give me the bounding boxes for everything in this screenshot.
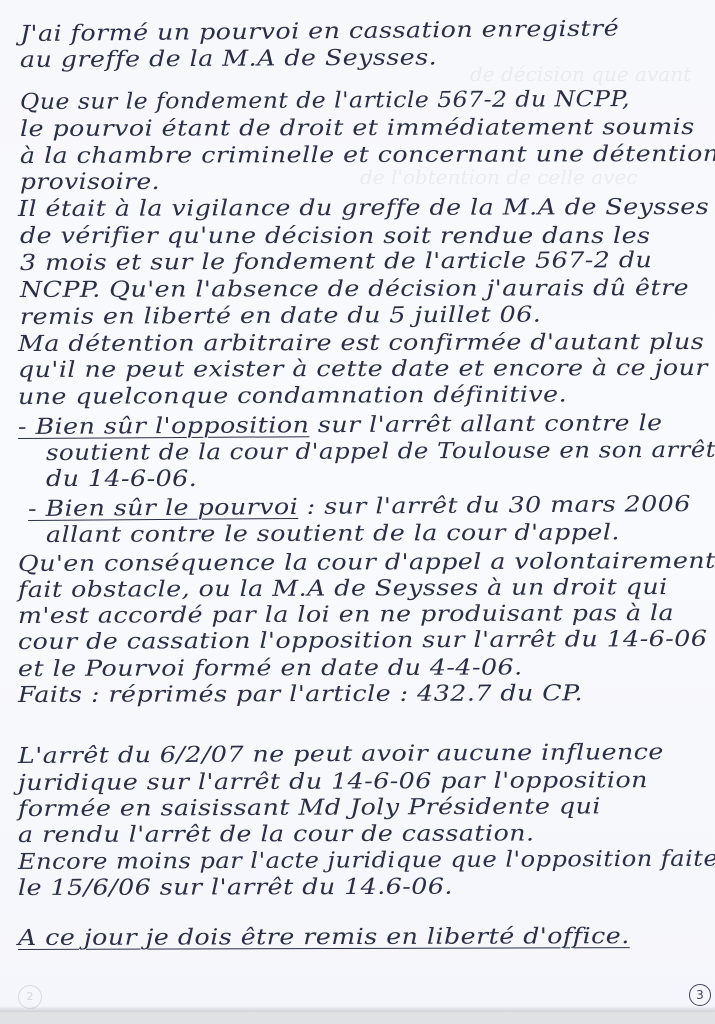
line-text: Que sur le fondement de l'article 567-2 …	[20, 87, 630, 115]
margin-circle-mark: 2	[18, 985, 42, 1009]
line-text: Il était à la vigilance du greffe de la …	[18, 195, 709, 222]
bleed-through-text: de décision que avant	[470, 62, 691, 86]
handwritten-line: - Bien sûr le pourvoi : sur l'arrêt du 3…	[28, 492, 691, 522]
line-text: Ma détention arbitraire est confirmée d'…	[18, 330, 704, 357]
handwritten-line: juridique sur l'arrêt du 14-6-06 par l'o…	[18, 768, 648, 796]
line-text: formée en saisissant Md Joly Présidente …	[18, 794, 601, 822]
line-text: a rendu l'arrêt de la cour de cassation.	[18, 821, 535, 848]
handwritten-line: au greffe de la M.A de Seysses.	[20, 45, 437, 73]
handwritten-line: A ce jour je dois être remis en liberté …	[18, 924, 630, 951]
handwritten-line: provisoire.	[20, 170, 160, 195]
page-number: 3	[689, 984, 711, 1006]
underlined-text: - Bien sûr l'opposition	[18, 413, 310, 440]
line-text-continuation: : sur l'arrêt du 30 mars 2006	[298, 492, 691, 520]
handwritten-line: NCPP. Qu'en l'absence de décision j'aura…	[20, 276, 689, 303]
underlined-text: - Bien sûr le pourvoi	[28, 495, 298, 522]
line-text: allant contre le soutient de la cour d'a…	[46, 520, 620, 548]
handwritten-line: L'arrêt du 6/2/07 ne peut avoir aucune i…	[18, 740, 664, 769]
line-text: juridique sur l'arrêt du 14-6-06 par l'o…	[18, 768, 648, 796]
line-text: fait obstacle, ou la M.A de Seysses à un…	[18, 575, 668, 603]
handwritten-line: Ma détention arbitraire est confirmée d'…	[18, 330, 704, 357]
handwritten-line: a rendu l'arrêt de la cour de cassation.	[18, 821, 535, 848]
line-text: soutient de la cour d'appel de Toulouse …	[46, 438, 715, 466]
line-text: au greffe de la M.A de Seysses.	[20, 45, 437, 73]
handwritten-line: Faits : réprimés par l'article : 432.7 d…	[18, 681, 583, 708]
handwritten-line: - Bien sûr l'opposition sur l'arrêt alla…	[18, 411, 663, 440]
line-text: et le Pourvoi formé en date du 4-4-06.	[18, 655, 523, 682]
handwritten-line: qu'il ne peut exister à cette date et en…	[18, 356, 708, 383]
line-text: à la chambre criminelle et concernant un…	[20, 142, 715, 169]
handwritten-line: Qu'en conséquence la cour d'appel a volo…	[18, 549, 715, 577]
line-text: du 14-6-06.	[46, 467, 197, 492]
scanned-page: de décision que avant de l'obtention de …	[0, 0, 715, 1012]
scanner-bed-edge	[0, 1012, 715, 1024]
underlined-text: A ce jour je dois être remis en liberté …	[18, 924, 630, 951]
line-text: Qu'en conséquence la cour d'appel a volo…	[18, 549, 715, 577]
handwritten-line: soutient de la cour d'appel de Toulouse …	[46, 438, 715, 466]
line-text: remis en liberté en date du 5 juillet 06…	[20, 303, 541, 330]
line-text: provisoire.	[20, 170, 160, 195]
line-text: cour de cassation l'opposition sur l'arr…	[18, 627, 708, 655]
line-text: qu'il ne peut exister à cette date et en…	[18, 356, 708, 383]
handwritten-line: J'ai formé un pourvoi en cassation enreg…	[20, 17, 619, 47]
line-text: J'ai formé un pourvoi en cassation enreg…	[20, 17, 619, 47]
line-text: une quelconque condamnation définitive.	[18, 383, 567, 410]
handwritten-line: m'est accordé par la loi en ne produisan…	[18, 601, 674, 629]
line-text: le 15/6/06 sur l'arrêt du 14.6-06.	[18, 875, 453, 901]
handwritten-line: et le Pourvoi formé en date du 4-4-06.	[18, 655, 523, 682]
line-text: NCPP. Qu'en l'absence de décision j'aura…	[20, 276, 689, 303]
handwritten-line: Que sur le fondement de l'article 567-2 …	[20, 87, 630, 115]
handwritten-line: cour de cassation l'opposition sur l'arr…	[18, 627, 708, 655]
handwritten-line: une quelconque condamnation définitive.	[18, 383, 567, 410]
handwritten-line: fait obstacle, ou la M.A de Seysses à un…	[18, 575, 668, 603]
handwritten-line: allant contre le soutient de la cour d'a…	[46, 520, 620, 548]
handwritten-line: Il était à la vigilance du greffe de la …	[18, 195, 709, 222]
handwritten-line: du 14-6-06.	[46, 467, 197, 492]
handwritten-line: Encore moins par l'acte juridique que l'…	[18, 847, 715, 875]
handwritten-line: remis en liberté en date du 5 juillet 06…	[20, 303, 541, 330]
line-text: Faits : réprimés par l'article : 432.7 d…	[18, 681, 583, 708]
line-text: 3 mois et sur le fondement de l'article …	[20, 248, 652, 276]
handwritten-line: 3 mois et sur le fondement de l'article …	[20, 248, 652, 276]
line-text-continuation: sur l'arrêt allant contre le	[309, 411, 662, 438]
handwritten-line: formée en saisissant Md Joly Présidente …	[18, 794, 601, 822]
bleed-through-text: de l'obtention de celle avec	[360, 165, 637, 189]
handwritten-line: le 15/6/06 sur l'arrêt du 14.6-06.	[18, 875, 453, 901]
handwritten-line: à la chambre criminelle et concernant un…	[20, 142, 715, 169]
handwritten-line: de vérifier qu'une décision soit rendue …	[20, 224, 650, 249]
line-text: le pourvoi étant de droit et immédiateme…	[20, 115, 695, 142]
handwritten-line: le pourvoi étant de droit et immédiateme…	[20, 115, 695, 142]
line-text: m'est accordé par la loi en ne produisan…	[18, 601, 674, 629]
line-text: Encore moins par l'acte juridique que l'…	[18, 847, 715, 875]
line-text: L'arrêt du 6/2/07 ne peut avoir aucune i…	[18, 740, 664, 769]
line-text: de vérifier qu'une décision soit rendue …	[20, 224, 650, 249]
